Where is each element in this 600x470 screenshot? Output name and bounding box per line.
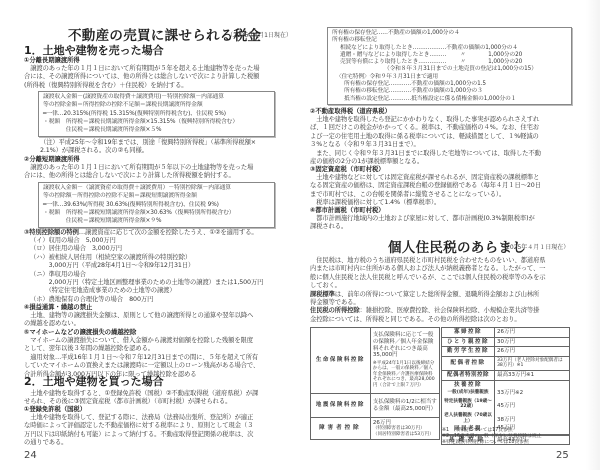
registration-row: 所有権の移転登記 [332,37,567,44]
registration-row: （令和８年３月31日までの土地売買の登記は1,000分の15） [332,66,567,73]
page-number: 25 [556,450,569,461]
as-of-date: （2025年4月1日現在） [227,30,292,39]
paragraph: 土地、建物等の譲渡損失金額は、原則として他の譲渡所得との通算や翌年以降へ の繰越… [24,312,253,329]
table-row: 配偶者控除33万円（老人控除対象配偶者は38万円）※1 [442,356,570,370]
formula-box: 譲渡収入金額－（譲渡資産の取得費＋譲渡費用）－特別控除額－内部通算 等の控除額－… [38,182,275,228]
paragraph: 譲渡のあった年の１月１日において所有期間が５年以下の土地建物等を売った場 合には… [24,164,253,181]
paragraph: 土地や建物などに対しては固定資産税が課せられるが、固定資産税の課税標準と なる固… [310,174,541,208]
table-row: ひとり親控除30万円 [442,337,570,347]
registration-row: 抵当権の設定登記…………抵当権設定に係る債権金額の1,000分の１ [332,96,567,103]
list-item: （ニ）準収用の場合 [30,271,263,279]
table-notes: ※1 所得税については17頁参照 ※2 16歳未満の一般（年少）扶養控除は廃止 … [442,428,542,445]
paragraph: 土地や建物を取得して、登記する際に、法務局（法務局出張所、登記所）が適正 な時価… [24,414,253,448]
table-row: 寡婦控除26万円 [442,328,570,338]
section-heading: 1．土地や建物を売った場合 [24,42,164,58]
table-row: 障害者控除 26万円 （特別障害者は30万円） （同居特別障害者は53万円） [311,418,440,440]
deduction-table-left: 生命保険料控除 支払保険料に応じて一般の保険料／個人年金保険料それぞれにつき最高… [310,327,440,440]
section-heading: 2．土地や建物を買った場合 [24,373,164,389]
as-of-date: （2025年４月１日現在） [500,242,569,251]
paragraph: 住民税は、地方税のうち道府県民税と市町村民税を合わせたものをいい、都道府県 内ま… [310,257,545,324]
right-page: 所有権の保存登記……不動産の価額の1,000分の４ 所有権の移転登記 相続などに… [300,0,600,470]
list-item: （特定住宅地造成事業のための土地等の譲渡） [30,287,263,295]
list-item: （ロ）居住用の場合 3,000万円 [30,245,263,253]
table-row: 生命保険料控除 支払保険料に応じて一般の保険料／個人年金保険料それぞれにつき最高… [311,328,440,394]
paragraph: 土地や建物を取得すると、①登録免許税（国税）②不動産取得税（道府県税）が課 せら… [24,390,258,407]
list: （イ）収用の場合 5,000万円 （ロ）居住用の場合 3,000万円 （ハ）被相… [30,237,263,304]
table-row: 扶養控除 一般(成年)扶養親族 特定扶養親族（19歳～22歳） 老人扶養親族（7… [442,380,570,435]
table-row: 配偶者特別控除最高33万円※1 [442,370,570,380]
note: （注）平成25年～令和19年までは、別途「復興特別所得税」（基準所得税額× 2.… [40,139,256,156]
formula-box: 譲渡収入金額－(譲渡資産の取得費＋譲渡費用)－特別控除額－内部通算 等の控除金額… [38,91,275,137]
table-row: 地震保険料控除 支払保険料の1/2に相当する金額（最高25,000円） [311,394,440,418]
list-item: （ホ）農地保有の合理化等の場合 800万円 [30,296,263,304]
paragraph: 土地や建物を取得したら登記にかかわりなく、取得した事実が認められさえすれ ば、１… [310,116,541,166]
list-item: 3,000万円（平成28年4月1日～令和9年12月31日） [30,262,263,270]
paragraph: 都市計画施行地域内の土地および家屋に対して、都市計画税(0.3%制限税率)が 課… [310,215,535,232]
registration-row: 相続などにより取得したとき………………不動産の価額の1,000分の４ [332,45,567,52]
left-page: 不動産の売買に課せられる税金 （2025年4月1日現在） 1．土地や建物を売った… [0,0,300,470]
registration-row: 所有権の移転登記…………不動産の価額の1,000分の３ [332,88,567,95]
page-number: 24 [24,450,37,461]
table-row: 勤労学生控除26万円 [442,347,570,357]
page-edge-shadow [586,0,600,470]
paragraph: 譲渡のあった年の１月１日において所有期間が５年を超える土地建物等を売った場 合に… [24,65,259,90]
list-item: （ハ）被相続人居住用（相続空家の譲渡所得の特別控除） [30,254,263,262]
registration-row: 〈住宅特例〉令和９年３月31日まで適用 [332,74,567,81]
registration-tax-box: 所有権の保存登記……不動産の価額の1,000分の４ 所有権の移転登記 相続などに… [327,27,572,105]
